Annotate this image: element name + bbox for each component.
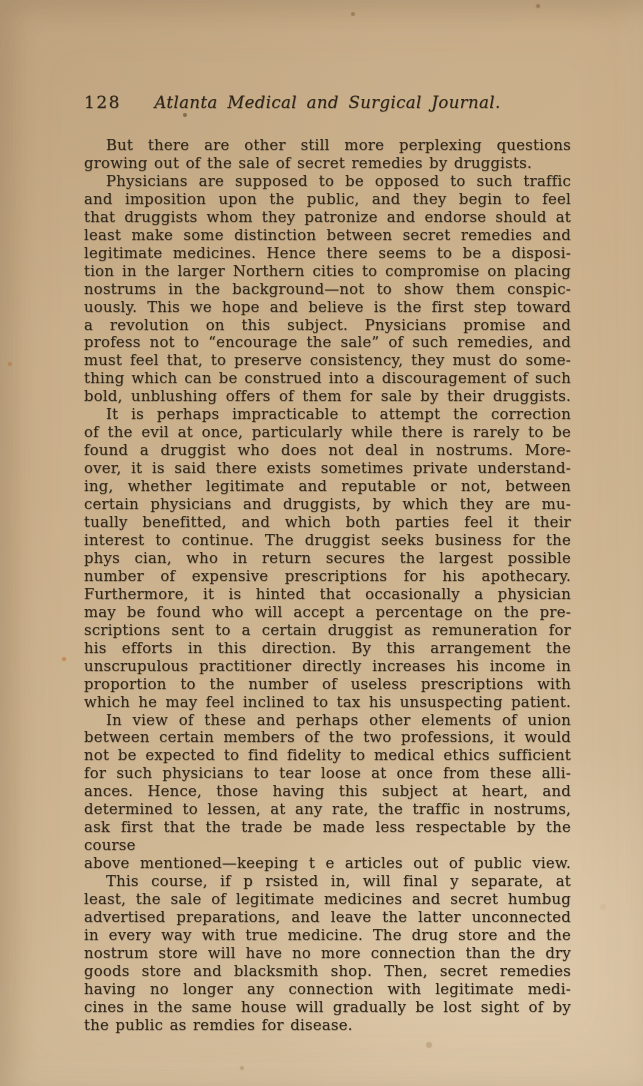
paragraph: But there are other still more perplexin… xyxy=(84,137,571,173)
text-line: uously. This we hope and believe is the … xyxy=(84,299,571,317)
text-line: ances. Hence, those having this subject … xyxy=(84,783,571,801)
text-line: ing, whether legitimate and reputable or… xyxy=(84,478,571,496)
paragraph: This course, if p rsisted in, will final… xyxy=(84,873,571,1035)
text-line: thing which can be construed into a disc… xyxy=(84,370,571,388)
text-line: scriptions sent to a certain druggist as… xyxy=(84,622,571,640)
text-line: Furthermore, it is hinted that occasiona… xyxy=(84,586,571,604)
text-line: may be found who will accept a percentag… xyxy=(84,604,571,622)
text-line: must feel that, to preserve consistency,… xyxy=(84,352,571,370)
text-line: legitimate medicines. Hence there seems … xyxy=(84,245,571,263)
text-line: between certain members of the two profe… xyxy=(84,729,571,747)
text-line: a revolution on this subject. Pnysicians… xyxy=(84,317,571,335)
text-line: But there are other still more perplexin… xyxy=(84,137,571,155)
text-line: It is perhaps impracticable to attempt t… xyxy=(84,406,571,424)
text-line: nostrums in the background—not to show t… xyxy=(84,281,571,299)
text-line: advertised preparations, and leave the l… xyxy=(84,909,571,927)
text-line: certain physicians and druggists, by whi… xyxy=(84,496,571,514)
text-line: not be expected to find fidelity to medi… xyxy=(84,747,571,765)
text-line: unscrupulous practitioner directly incre… xyxy=(84,658,571,676)
text-line: which he may feel inclined to tax his un… xyxy=(84,694,571,712)
text-line: having no longer any connection with leg… xyxy=(84,981,571,999)
text-line: least, the sale of legitimate medicines … xyxy=(84,891,571,909)
text-line: ask first that the trade be made less re… xyxy=(84,819,571,855)
paragraph: It is perhaps impracticable to attempt t… xyxy=(84,406,571,711)
page-body: But there are other still more perplexin… xyxy=(84,137,571,1035)
text-line: nostrum store will have no more connecti… xyxy=(84,945,571,963)
text-line: of the evil at once, particularly while … xyxy=(84,424,571,442)
text-line: In view of these and perhaps other eleme… xyxy=(84,712,571,730)
scanned-page: 128 Atlanta Medical and Surgical Journal… xyxy=(0,0,643,1086)
text-line: This course, if p rsisted in, will final… xyxy=(84,873,571,891)
text-line: found a druggist who does not deal in no… xyxy=(84,442,571,460)
text-line: proportion to the number of useless pres… xyxy=(84,676,571,694)
text-line: interest to continue. The druggist seeks… xyxy=(84,532,571,550)
journal-header-title: Atlanta Medical and Surgical Journal. xyxy=(84,93,571,112)
text-line: goods store and blacksmith shop. Then, s… xyxy=(84,963,571,981)
text-line: over, it is said there exists sometimes … xyxy=(84,460,571,478)
text-line: least make some distinction between secr… xyxy=(84,227,571,245)
text-line: cines in the same house will gradually b… xyxy=(84,999,571,1017)
text-line: growing out of the sale of secret remedi… xyxy=(84,155,571,173)
text-line: his efforts in this direction. By this a… xyxy=(84,640,571,658)
text-line: that druggists whom they patronize and e… xyxy=(84,209,571,227)
text-line: the public as remdies for disease. xyxy=(84,1017,571,1035)
text-line: number of expensive prescriptions for hi… xyxy=(84,568,571,586)
text-line: phys cian, who in return secures the lar… xyxy=(84,550,571,568)
paragraph: Physicians are supposed to be opposed to… xyxy=(84,173,571,406)
paragraph: In view of these and perhaps other eleme… xyxy=(84,712,571,874)
page-header: 128 Atlanta Medical and Surgical Journal… xyxy=(84,93,571,115)
paper-specks xyxy=(0,0,4,4)
text-line: bold, unblushing offers of them for sale… xyxy=(84,388,571,406)
text-line: Physicians are supposed to be opposed to… xyxy=(84,173,571,191)
text-line: tually benefitted, and which both partie… xyxy=(84,514,571,532)
text-line: determined to lessen, at any rate, the t… xyxy=(84,801,571,819)
text-line: and imposition upon the public, and they… xyxy=(84,191,571,209)
text-line: profess not to “encourage the sale” of s… xyxy=(84,334,571,352)
text-line: tion in the larger Northern cities to co… xyxy=(84,263,571,281)
text-line: for such physicians to tear loose at onc… xyxy=(84,765,571,783)
text-line: in every way with true medicine. The dru… xyxy=(84,927,571,945)
text-line: above mentioned—keeping t e articles out… xyxy=(84,855,571,873)
